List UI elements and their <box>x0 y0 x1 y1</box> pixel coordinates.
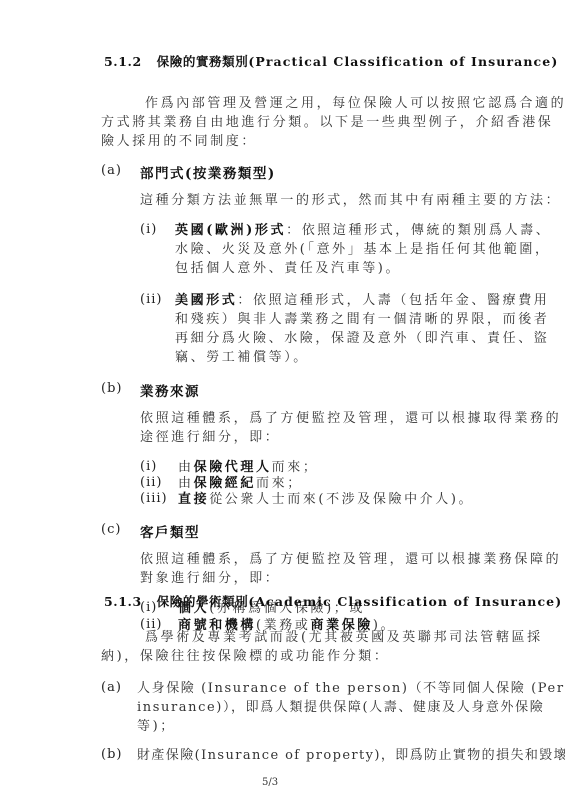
item-label-b: (b) <box>101 381 122 396</box>
uk-form-line-2: 水險、火災及意外(「意外」基本上是指任何其他範圍， <box>175 240 551 259</box>
intro-line-3: 險人採用的不同制度： <box>101 132 257 151</box>
us-form-term: 美國形式 <box>175 293 237 308</box>
us-form-line-2: 和殘疾）與非人壽業務之間有一個清晰的界限，而後者 <box>175 310 549 329</box>
item-label-513-a: (a) <box>101 680 122 695</box>
section-title-zh: 保險的學術類別 <box>157 594 249 609</box>
item-label-c: (c) <box>101 522 121 537</box>
page-number: 5/3 <box>262 777 278 788</box>
item-label-a-ii: (ii) <box>140 292 162 307</box>
subheading-department: 部門式(按業務類型) <box>140 162 276 182</box>
section-heading-5-1-2: 5.1.2 保險的實務類別(Practical Classification o… <box>104 52 558 70</box>
subheading-customer-type: 客戶類型 <box>140 521 200 541</box>
property-insurance-line-1: 財產保險(Insurance of property)，即爲防止實物的損失和毀壞… <box>137 746 565 765</box>
us-form-line-1: 美國形式：依照這種形式，人壽（包括年金、醫療費用 <box>175 291 549 310</box>
section-number: 5.1.3 <box>104 594 142 609</box>
academic-intro-line-2: 納)，保險往往按保險標的或功能作分類： <box>101 647 389 666</box>
section-title-en: (Academic Classification of Insurance) <box>248 594 562 609</box>
section-title-zh: 保險的實務類別 <box>157 54 249 69</box>
us-form-line-4: 竊、勞工補償等）。 <box>175 348 309 367</box>
section-heading-5-1-3: 5.1.3 保險的學術類別(Academic Classification of… <box>104 592 562 610</box>
intro-line-1: 作爲內部管理及營運之用，每位保險人可以按照它認爲合適的 <box>145 94 565 113</box>
document-page: 5.1.2 保險的實務類別(Practical Classification o… <box>0 0 565 800</box>
section-number: 5.1.2 <box>104 54 142 69</box>
customer-type-line-2: 對象進行細分，即： <box>140 569 280 588</box>
item-label-b-i: (i) <box>140 459 157 474</box>
item-label-a: (a) <box>101 163 122 178</box>
item-label-b-iii: (iii) <box>140 491 168 506</box>
business-source-line-2: 途徑進行細分，即： <box>140 428 280 447</box>
person-insurance-line-2: insurance)），即爲人類提供保障(人壽、健康及人身意外保險 <box>137 698 544 717</box>
item-label-a-i: (i) <box>140 222 157 237</box>
us-form-line-3: 再細分爲火險、水險，保證及意外（即汽車、責任、盜 <box>175 329 549 348</box>
department-text: 這種分類方法並無單一的形式，然而其中有兩種主要的方法： <box>140 191 561 210</box>
subheading-business-source: 業務來源 <box>140 380 200 400</box>
uk-form-line-1: 英國(歐洲)形式：依照這種形式，傳統的類別爲人壽、 <box>175 221 551 240</box>
uk-form-line-3: 包括個人意外、責任及汽車等)。 <box>175 259 401 278</box>
person-insurance-line-3: 等)； <box>137 717 176 736</box>
item-label-b-ii: (ii) <box>140 475 162 490</box>
uk-form-term: 英國(歐洲)形式 <box>175 223 286 238</box>
customer-type-line-1: 依照這種體系，爲了方便監控及管理，還可以根據業務保障的 <box>140 550 561 569</box>
source-direct: 直接從公衆人士而來(不涉及保險中介人)。 <box>178 490 474 509</box>
section-title-en: (Practical Classification of Insurance) <box>248 54 558 69</box>
academic-intro-line-1: 爲學術及專業考試而設(尤其被英國及英聯邦司法管轄區採 <box>145 628 543 647</box>
item-label-513-b: (b) <box>101 747 122 762</box>
intro-line-2: 方式將其業務自由地進行分類。以下是一些典型例子，介紹香港保 <box>101 113 553 132</box>
person-insurance-line-1: 人身保險 (Insurance of the person)（不等同個人保險 (… <box>137 679 565 698</box>
business-source-line-1: 依照這種體系，爲了方便監控及管理，還可以根據取得業務的 <box>140 409 561 428</box>
